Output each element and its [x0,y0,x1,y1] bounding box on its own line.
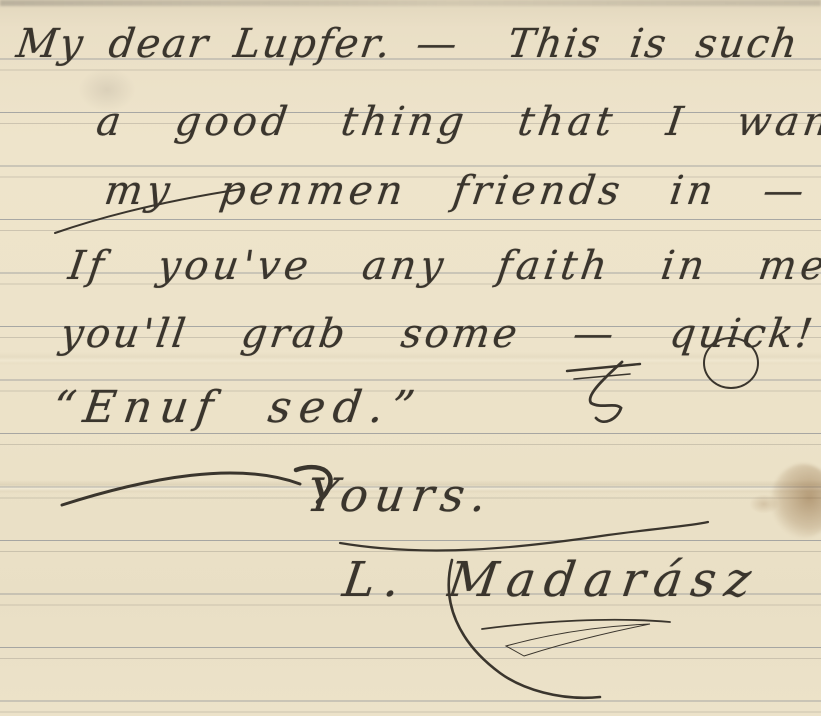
quick-squiggle-flourish [590,362,622,422]
salutation: My dear Lupfer. — [14,24,461,64]
signature-wedge-flourish [506,624,650,656]
quick-underline-1 [567,364,640,371]
letter-line-1: My dear Lupfer. — This is such [14,24,802,64]
letter-line-4: If you've any faith in me, [66,246,821,286]
paper-top-edge [0,0,821,6]
handwritten-letter-scan: My dear Lupfer. — This is such a good th… [0,0,821,716]
ink-stain-small [749,494,779,514]
yours-leadin-swash [62,473,300,505]
letter-line-3: my penmen friends in — [102,171,810,211]
closing: Yours. [304,472,496,518]
yours-tail-swash [340,522,708,551]
signature-underline-flourish [482,620,670,629]
letter-line-2: a good thing that I want [94,102,821,142]
quick-underline-2 [574,374,630,379]
opening-phrase: This is such [505,24,802,64]
signature: L. Madarász [340,556,763,604]
letter-line-6: “Enuf sed.” [50,386,425,430]
letter-line-5: you'll grab some — quick! [58,314,818,354]
